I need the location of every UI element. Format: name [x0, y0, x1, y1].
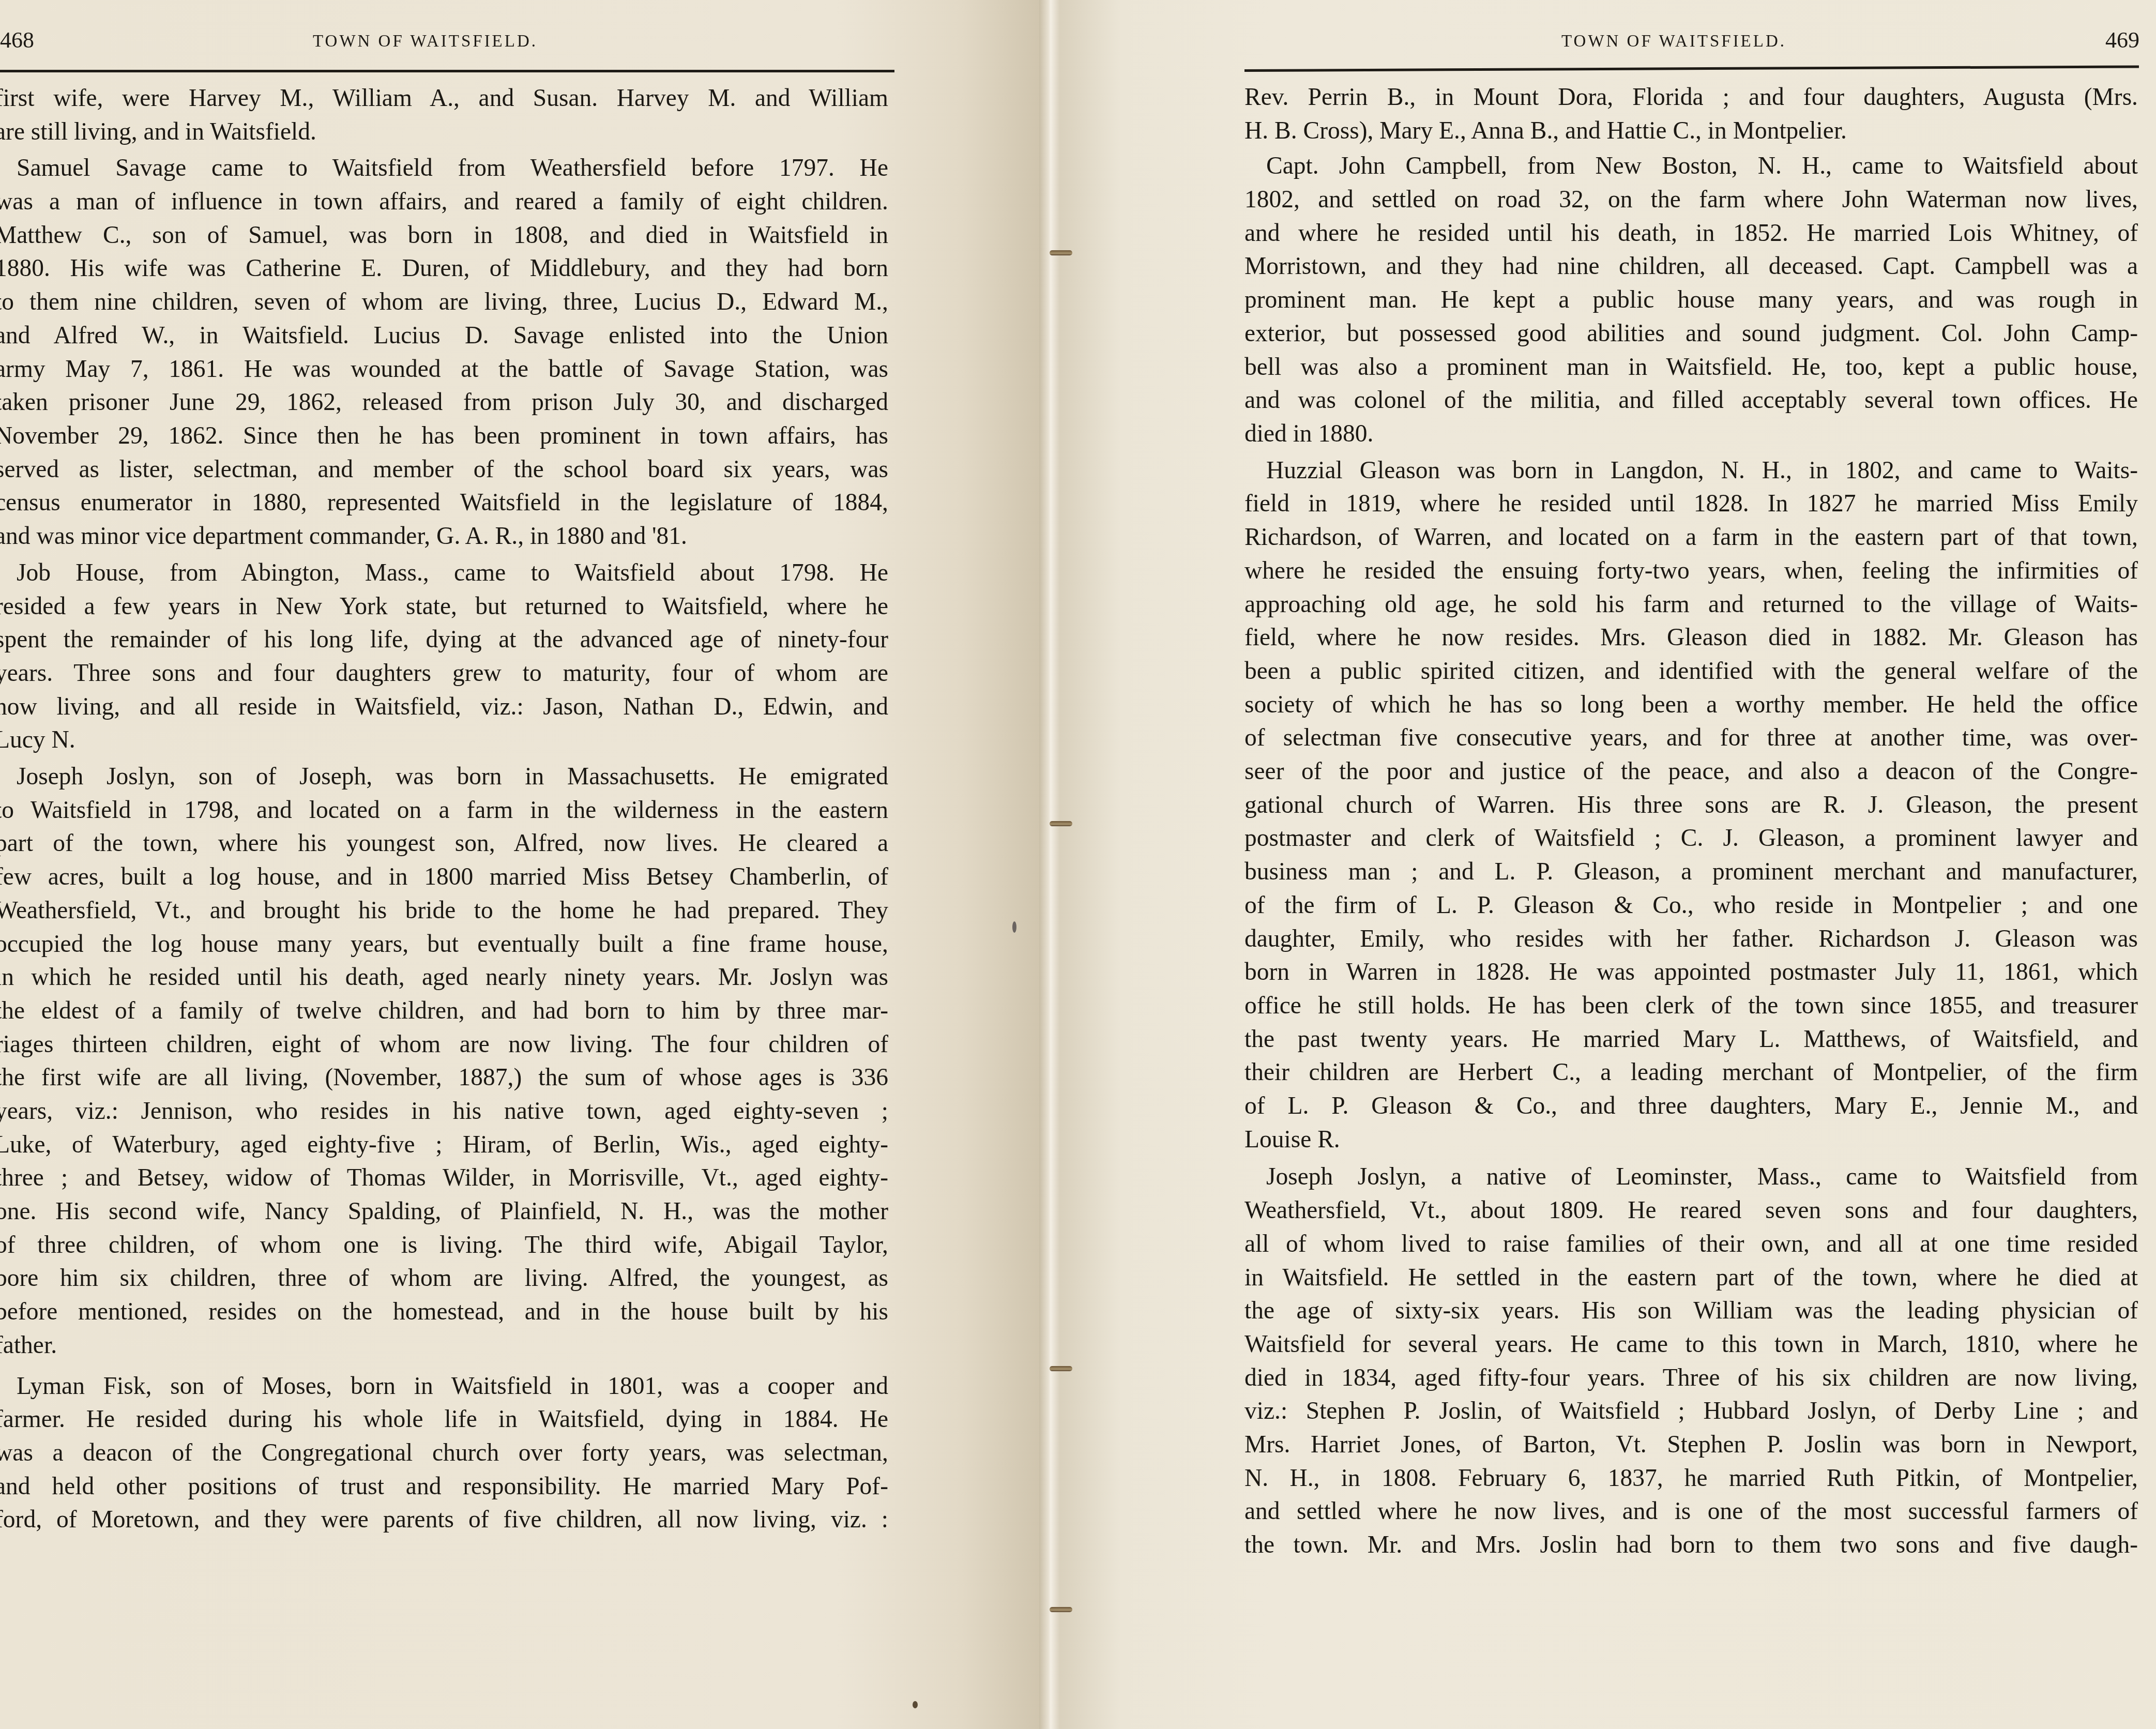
- text-line: Matthew C., son of Samuel, was born in 1…: [0, 220, 888, 251]
- text-line: Job House, from Abington, Mass., came to…: [0, 557, 888, 588]
- text-line: farmer. He resided during his whole life…: [0, 1404, 888, 1435]
- text-line: before mentioned, resides on the homeste…: [0, 1296, 888, 1327]
- book-gutter: [1039, 0, 1060, 1729]
- paper-speck: [1012, 921, 1016, 933]
- text-line: years. Three sons and four daughters gre…: [0, 658, 888, 689]
- text-line: of selectman five consecutive years, and…: [1244, 722, 2138, 753]
- text-line: their children are Herbert C., a leading…: [1244, 1057, 2138, 1088]
- text-line: the town. Mr. and Mrs. Joslin had born t…: [1244, 1529, 2138, 1560]
- text-line: field, where he now resides. Mrs. Gleaso…: [1244, 622, 2138, 653]
- text-line: of the firm of L. P. Gleason & Co., who …: [1244, 890, 2138, 921]
- text-line: the eldest of a family of twelve childre…: [0, 995, 888, 1026]
- text-line: Joseph Joslyn, a native of Leominster, M…: [1244, 1161, 2138, 1192]
- text-line: postmaster and clerk of Waitsfield ; C. …: [1244, 823, 2138, 854]
- text-line: to them nine children, seven of whom are…: [0, 286, 888, 317]
- text-line: and settled where he now lives, and is o…: [1244, 1496, 2138, 1527]
- text-line: Capt. John Campbell, from New Boston, N.…: [1244, 150, 2138, 181]
- book-spread: 468 TOWN OF WAITSFIELD. TOWN OF WAITSFIE…: [0, 0, 2156, 1729]
- text-line: of L. P. Gleason & Co., and three daught…: [1244, 1090, 2138, 1121]
- text-line: and Alfred W., in Waitsfield. Lucius D. …: [0, 320, 888, 351]
- text-line: office he still holds. He has been clerk…: [1244, 990, 2138, 1021]
- text-line: in Waitsfield. He settled in the eastern…: [1244, 1262, 2138, 1293]
- text-line: one. His second wife, Nancy Spalding, of…: [0, 1196, 888, 1227]
- text-line: Rev. Perrin B., in Mount Dora, Florida ;…: [1244, 82, 2138, 113]
- left-running-head: TOWN OF WAITSFIELD.: [313, 32, 538, 51]
- text-line: Samuel Savage came to Waitsfield from We…: [0, 153, 888, 184]
- text-line: Lyman Fisk, son of Moses, born in Waitsf…: [0, 1371, 888, 1402]
- text-line: Louise R.: [1244, 1124, 2138, 1155]
- text-line: years, viz.: Jennison, who resides in hi…: [0, 1096, 888, 1127]
- text-line: was a man of influence in town affairs, …: [0, 186, 888, 217]
- text-line: died in 1880.: [1244, 418, 2138, 449]
- text-line: was a deacon of the Congregational churc…: [0, 1437, 888, 1468]
- text-line: served as lister, selectman, and member …: [0, 454, 888, 485]
- text-line: Mrs. Harriet Jones, of Barton, Vt. Steph…: [1244, 1429, 2138, 1460]
- right-page-number: 469: [2105, 27, 2139, 53]
- text-line: and was colonel of the militia, and fill…: [1244, 385, 2138, 416]
- text-line: Morristown, and they had nine children, …: [1244, 251, 2138, 282]
- text-line: of three children, of whom one is living…: [0, 1230, 888, 1261]
- text-line: in which he resided until his death, age…: [0, 962, 888, 993]
- binding-stitch: [1050, 1607, 1072, 1612]
- text-line: and held other positions of trust and re…: [0, 1471, 888, 1502]
- text-line: army May 7, 1861. He was wounded at the …: [0, 354, 888, 385]
- left-header-rule: [0, 70, 894, 72]
- text-line: 1880. His wife was Catherine E. Duren, o…: [0, 253, 888, 284]
- text-line: November 29, 1862. Since then he has bee…: [0, 420, 888, 451]
- text-line: Luke, of Waterbury, aged eighty-five ; H…: [0, 1129, 888, 1160]
- paper-speck: [913, 1701, 918, 1708]
- text-line: N. H., in 1808. February 6, 1837, he mar…: [1244, 1463, 2138, 1494]
- text-line: field in 1819, where he resided until 18…: [1244, 488, 2138, 519]
- text-line: prominent man. He kept a public house ma…: [1244, 284, 2138, 315]
- text-line: and where he resided until his death, in…: [1244, 218, 2138, 249]
- text-line: been a public spirited citizen, and iden…: [1244, 656, 2138, 687]
- text-line: occupied the log house many years, but e…: [0, 929, 888, 960]
- text-line: bore him six children, three of whom are…: [0, 1263, 888, 1294]
- text-line: 1802, and settled on road 32, on the far…: [1244, 184, 2138, 215]
- text-line: Richardson, of Warren, and located on a …: [1244, 522, 2138, 553]
- text-line: Weathersfield, Vt., about 1809. He reare…: [1244, 1195, 2138, 1226]
- text-line: died in 1834, aged fifty-four years. Thr…: [1244, 1362, 2138, 1393]
- text-line: now living, and all reside in Waitsfield…: [0, 691, 888, 722]
- text-line: seer of the poor and justice of the peac…: [1244, 756, 2138, 787]
- text-line: Weathersfield, Vt., and brought his brid…: [0, 895, 888, 926]
- binding-stitch: [1050, 250, 1072, 255]
- right-running-head: TOWN OF WAITSFIELD.: [1561, 32, 1786, 51]
- text-line: three ; and Betsey, widow of Thomas Wild…: [0, 1162, 888, 1193]
- binding-stitch: [1050, 821, 1072, 826]
- text-line: ford, of Moretown, and they were parents…: [0, 1504, 888, 1535]
- text-line: Lucy N.: [0, 724, 888, 755]
- text-line: the first wife are all living, (November…: [0, 1062, 888, 1093]
- text-line: taken prisoner June 29, 1862, released f…: [0, 387, 888, 418]
- text-line: viz.: Stephen P. Joslin, of Waitsfield ;…: [1244, 1396, 2138, 1427]
- text-line: approaching old age, he sold his farm an…: [1244, 589, 2138, 620]
- text-line: the age of sixty-six years. His son Will…: [1244, 1295, 2138, 1326]
- text-line: the past twenty years. He married Mary L…: [1244, 1024, 2138, 1055]
- text-line: father.: [0, 1330, 888, 1361]
- text-line: few acres, built a log house, and in 180…: [0, 861, 888, 892]
- text-line: where he resided the ensuing forty-two y…: [1244, 555, 2138, 586]
- text-line: part of the town, where his youngest son…: [0, 828, 888, 859]
- text-line: spent the remainder of his long life, dy…: [0, 624, 888, 655]
- text-line: business man ; and L. P. Gleason, a prom…: [1244, 856, 2138, 887]
- text-line: bell was also a prominent man in Waitsfi…: [1244, 352, 2138, 383]
- text-line: first wife, were Harvey M., William A., …: [0, 83, 888, 114]
- left-page-number: 468: [0, 27, 34, 53]
- text-line: Huzzial Gleason was born in Langdon, N. …: [1244, 455, 2138, 486]
- text-line: society of which he has so long been a w…: [1244, 689, 2138, 720]
- text-line: Joseph Joslyn, son of Joseph, was born i…: [0, 761, 888, 792]
- text-line: daughter, Emily, who resides with her fa…: [1244, 923, 2138, 954]
- text-line: Waitsfield for several years. He came to…: [1244, 1329, 2138, 1360]
- text-line: born in Warren in 1828. He was appointed…: [1244, 957, 2138, 988]
- text-line: resided a few years in New York state, b…: [0, 591, 888, 622]
- text-line: exterior, but possessed good abilities a…: [1244, 318, 2138, 349]
- text-line: H. B. Cross), Mary E., Anna B., and Hatt…: [1244, 115, 2138, 146]
- text-line: to Waitsfield in 1798, and located on a …: [0, 795, 888, 826]
- text-line: all of whom lived to raise families of t…: [1244, 1228, 2138, 1260]
- text-line: are still living, and in Waitsfield.: [0, 116, 888, 147]
- text-line: riages thirteen children, eight of whom …: [0, 1029, 888, 1060]
- text-line: gational church of Warren. His three son…: [1244, 790, 2138, 821]
- text-line: and was minor vice department commander,…: [0, 521, 888, 552]
- binding-stitch: [1050, 1366, 1072, 1371]
- text-line: census enumerator in 1880, represented W…: [0, 487, 888, 518]
